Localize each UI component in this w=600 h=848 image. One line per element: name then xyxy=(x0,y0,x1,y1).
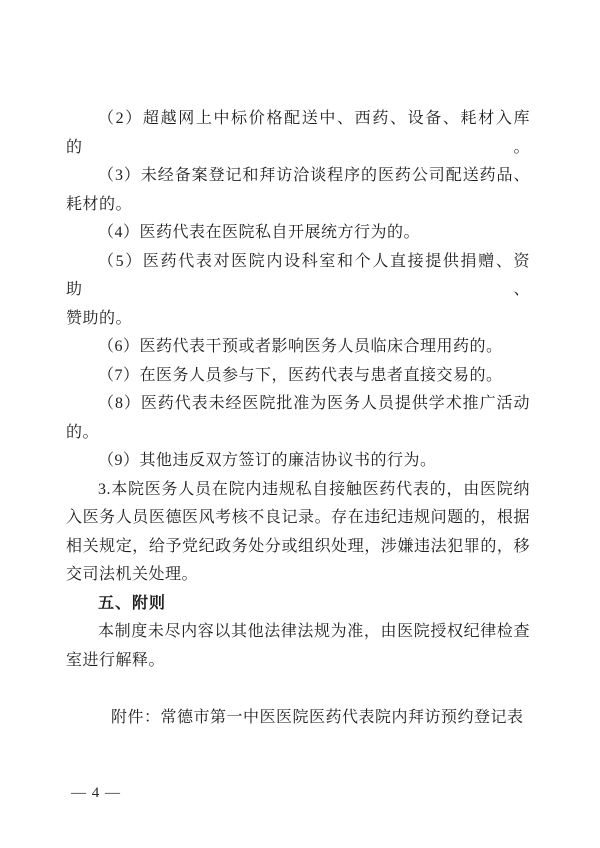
body-line: 的。 xyxy=(66,419,530,448)
body-line: （2）超越网上中标价格配送中、西药、设备、耗材入库的。 xyxy=(66,105,530,162)
body-line: 3.本院医务人员在院内违规私自接触医药代表的，由医院纳 xyxy=(66,476,530,505)
body-line: （5）医药代表对医院内设科室和个人直接提供捐赠、资助、 xyxy=(66,248,530,305)
body-line: （7）在医务人员参与下，医药代表与患者直接交易的。 xyxy=(66,362,530,391)
body-line: 耗材的。 xyxy=(66,191,530,220)
section-heading-appendix-rules: 五、附则 xyxy=(66,590,530,619)
body-line: （6）医药代表干预或者影响医务人员临床合理用药的。 xyxy=(66,333,530,362)
body-line: （3）未经备案登记和拜访洽谈程序的医药公司配送药品、 xyxy=(66,162,530,191)
body-line: 相关规定，给予党纪政务处分或组织处理，涉嫌违法犯罪的，移 xyxy=(66,533,530,562)
body-line: 赞助的。 xyxy=(66,305,530,334)
body-line: （8）医药代表未经医院批准为医务人员提供学术推广活动 xyxy=(66,390,530,419)
body-line: 交司法机关处理。 xyxy=(66,561,530,590)
attachment-reference-line: 附件：常德市第一中医医院医药代表院内拜访预约登记表 xyxy=(66,704,530,733)
document-body: （2）超越网上中标价格配送中、西药、设备、耗材入库的。 （3）未经备案登记和拜访… xyxy=(66,105,530,732)
body-line: 本制度未尽内容以其他法律法规为准，由医院授权纪律检查 xyxy=(66,618,530,647)
blank-line xyxy=(66,675,530,704)
body-line: 入医务人员医德医风考核不良记录。存在违纪违规问题的，根据 xyxy=(66,504,530,533)
body-line: 室进行解释。 xyxy=(66,647,530,676)
document-page: （2）超越网上中标价格配送中、西药、设备、耗材入库的。 （3）未经备案登记和拜访… xyxy=(0,0,600,848)
body-line: （9）其他违反双方签订的廉洁协议书的行为。 xyxy=(66,447,530,476)
page-number: — 4 — xyxy=(71,785,121,802)
body-line: （4）医药代表在医院私自开展统方行为的。 xyxy=(66,219,530,248)
